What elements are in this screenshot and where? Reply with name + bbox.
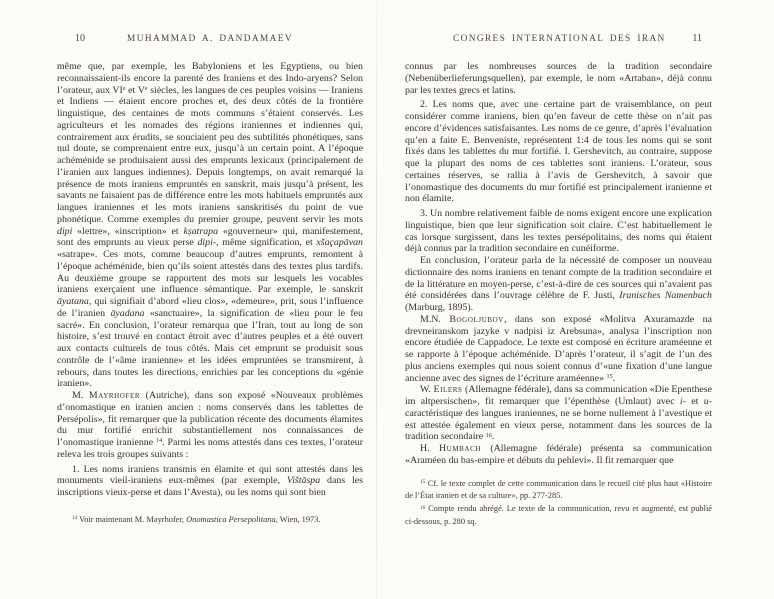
- footnote-marker: e: [145, 86, 148, 92]
- text-segment: connus par les nombreuses sources de la …: [405, 61, 712, 96]
- paragraph-left-3: 1. Les noms iraniens transmis en élamite…: [57, 464, 363, 499]
- text-segment: Cf. le texte complet de cette communicat…: [405, 479, 712, 501]
- paragraph-right-5: M.N. Bogoljubov, dans son exposé «Molitv…: [405, 314, 712, 385]
- text-segment: H.: [420, 443, 439, 454]
- text-segment: .: [492, 431, 494, 442]
- text-segment: «lettre», «inscription» et: [72, 226, 183, 237]
- text-segment: u-: [704, 396, 712, 407]
- text-segment: et: [686, 396, 704, 407]
- right-page: CONGRÈS INTERNATIONAL DES IRANISTES A SH…: [405, 33, 712, 529]
- text-segment: dipi-: [197, 237, 216, 248]
- footnote-marker: e: [123, 86, 126, 92]
- book-scan-spread: 10 MUHAMMAD A. DANDAMAEV même que, par e…: [0, 0, 774, 599]
- text-segment: Bogoljubov: [449, 314, 504, 325]
- text-segment: M.N.: [420, 314, 449, 325]
- text-segment: et V: [126, 85, 145, 96]
- footnotes-right: 15 Cf. le texte complet de cette communi…: [405, 478, 712, 529]
- footnote-14: 14 Voir maintenant M. Mayrhofer, Onomast…: [57, 514, 363, 527]
- text-segment: Voir maintenant M. Mayrhofer,: [77, 515, 186, 524]
- text-segment: Compte rendu abrégé. Le texte de la comm…: [405, 504, 712, 526]
- text-segment: (Marburg, 1895).: [405, 302, 473, 313]
- running-head-left: 10 MUHAMMAD A. DANDAMAEV: [57, 33, 363, 44]
- left-page: 10 MUHAMMAD A. DANDAMAEV même que, par e…: [57, 33, 363, 527]
- text-segment: Eilers: [433, 384, 462, 395]
- text-segment: āyatana: [57, 296, 89, 307]
- text-segment: Iranisches Namenbuch: [619, 290, 712, 301]
- running-head-title-right: CONGRÈS INTERNATIONAL DES IRANISTES A SH…: [453, 34, 664, 44]
- text-segment: «satrape». Ces mots, comme beaucoup d’au…: [57, 249, 363, 295]
- footnote-marker: 15: [420, 479, 425, 485]
- text-segment: āyadana: [110, 308, 144, 319]
- text-segment: , Wien, 1973.: [276, 515, 321, 524]
- paragraph-right-3: 3. Un nombre relativement faible de noms…: [405, 208, 712, 255]
- paragraph-right-6: W. Eilers (Allemagne fédérale), dans sa …: [405, 384, 712, 443]
- text-segment: , même signification, et: [216, 237, 316, 248]
- body-text-left: même que, par exemple, les Babyloniens e…: [57, 61, 363, 499]
- page-gutter-divider: [376, 0, 377, 599]
- text-segment: caractéristique des langues iraniennes, …: [405, 408, 712, 443]
- paragraph-left-2: M. Mayrhofer (Autriche), dans son exposé…: [57, 390, 363, 461]
- text-segment: dipi: [57, 226, 72, 237]
- running-head-title-left: MUHAMMAD A. DANDAMAEV: [105, 34, 315, 44]
- text-segment: M.: [72, 390, 89, 401]
- text-segment: 3. Un nombre relativement faible de noms…: [405, 208, 712, 254]
- paragraph-right-4: En conclusion, l’orateur parla de la néc…: [405, 255, 712, 314]
- footnote-15: 15 Cf. le texte complet de cette communi…: [405, 478, 712, 504]
- text-segment: Humbach: [439, 443, 481, 454]
- text-segment: siècles, les langues de ces peuples vois…: [57, 85, 363, 225]
- footnote-16: 16 Compte rendu abrégé. Le texte de la c…: [405, 503, 712, 529]
- footnote-marker: 16: [420, 505, 425, 511]
- paragraph-right-7: H. Humbach (Allemagne fédérale) présenta…: [405, 443, 712, 467]
- page-number-right: 11: [664, 33, 712, 44]
- body-text-right: connus par les nombreuses sources de la …: [405, 61, 712, 467]
- paragraph-right-2: 2. Les noms que, avec une certaine part …: [405, 99, 712, 205]
- footnotes-left: 14 Voir maintenant M. Mayrhofer, Onomast…: [57, 514, 363, 527]
- paragraph-right-1: connus par les nombreuses sources de la …: [405, 61, 712, 96]
- text-segment: .: [613, 373, 615, 384]
- text-segment: Mayrhofer: [89, 390, 140, 401]
- text-segment: Onomastica Persepolitana: [186, 515, 276, 524]
- paragraph-left-1: même que, par exemple, les Babyloniens e…: [57, 61, 363, 390]
- text-segment: xšaçapāvan: [316, 237, 363, 248]
- running-head-right: CONGRÈS INTERNATIONAL DES IRANISTES A SH…: [405, 33, 712, 44]
- footnote-marker: 14: [72, 515, 77, 521]
- text-segment: kṣatrapa: [183, 226, 218, 237]
- text-segment: W.: [420, 384, 433, 395]
- footnote-marker: 16: [486, 433, 492, 439]
- text-segment: Vištāspa: [287, 475, 320, 486]
- text-segment: «sanctuaire», la signification de «lieu …: [57, 308, 363, 390]
- footnote-marker: 14: [156, 438, 162, 444]
- text-segment: 2. Les noms que, avec une certaine part …: [405, 99, 712, 204]
- page-number-left: 10: [57, 33, 105, 44]
- footnote-marker: 15: [607, 374, 613, 380]
